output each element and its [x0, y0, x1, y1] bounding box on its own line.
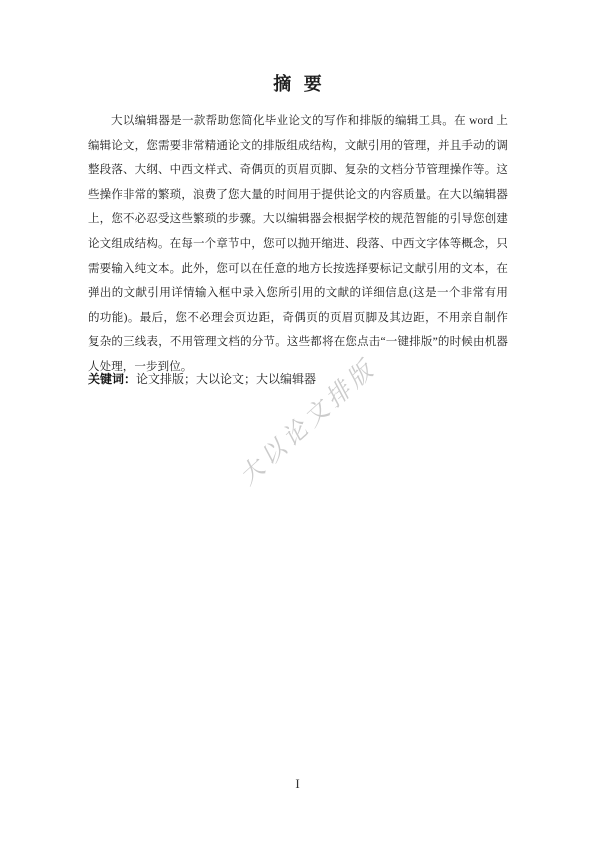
keywords-value: 论文排版；大以论文；大以编辑器 [136, 372, 316, 386]
abstract-paragraph: 大以编辑器是一款帮助您简化毕业论文的写作和排版的编辑工具。在 word 上编辑论… [88, 109, 508, 380]
keywords-label: 关键词： [88, 372, 136, 386]
keywords-line: 关键词：论文排版；大以论文；大以编辑器 [88, 371, 508, 388]
page-title: 摘 要 [0, 70, 595, 96]
page-number: I [0, 776, 595, 792]
document-page: 大以论文排版 摘 要 大以编辑器是一款帮助您简化毕业论文的写作和排版的编辑工具。… [0, 0, 595, 842]
